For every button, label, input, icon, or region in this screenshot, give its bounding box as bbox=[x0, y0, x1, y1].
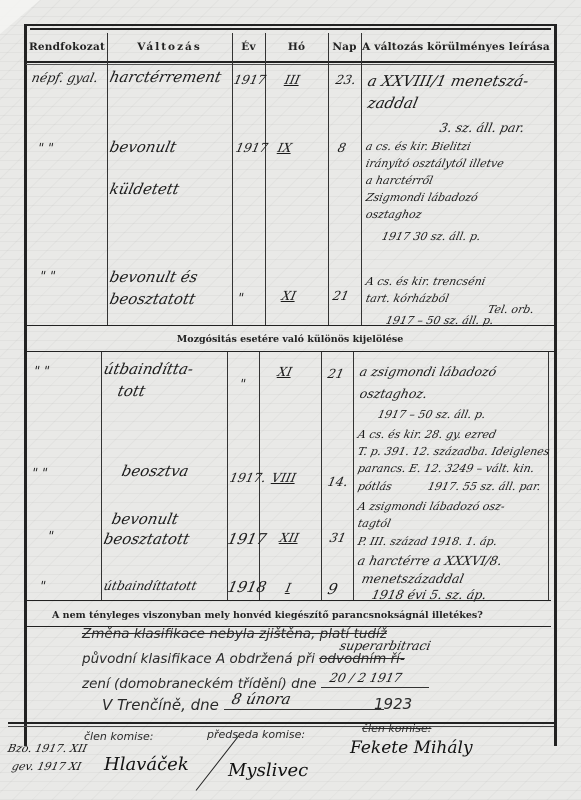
cell-description-line: T. p. 391. 12. századba. Ideiglenes bbox=[357, 445, 551, 458]
cell-year: 1917 bbox=[226, 530, 268, 548]
cell-description-line: A zsigmondi lábadozó osz- bbox=[357, 500, 506, 513]
cell-rank: " " bbox=[30, 465, 49, 480]
header-change: Változás bbox=[107, 33, 232, 61]
cell-description-line: 3. sz. áll. par. bbox=[438, 120, 525, 135]
cell-description-line: a cs. és kir. Bielitzi bbox=[365, 140, 472, 153]
header-year: Év bbox=[232, 33, 265, 61]
date-fill-line bbox=[224, 709, 384, 710]
cell-year: 1917. bbox=[228, 470, 267, 485]
cell-description-line: a harctérre a XXXVI/8. bbox=[356, 553, 503, 568]
top-rule bbox=[30, 28, 551, 30]
cell-month: XII bbox=[278, 530, 300, 545]
home-guard-question: A nem tényleges viszonyban mely honvéd k… bbox=[52, 610, 483, 621]
signature-label-member-right: člen komise: bbox=[362, 722, 431, 735]
cell-description-line: a harctérről bbox=[365, 174, 434, 187]
signature-chair: Myslivec bbox=[228, 760, 308, 781]
cell-description-line: irányító osztálytól illetve bbox=[365, 157, 505, 170]
cell-month: IX bbox=[276, 140, 293, 155]
col-divider bbox=[227, 352, 228, 600]
cell-change: bevonult és bbox=[108, 268, 199, 286]
cell-description-line: a zsigmondi lábadozó bbox=[358, 364, 498, 379]
cell-year: 1917 bbox=[232, 72, 267, 87]
cell-description-line: A cs. és kir. trencséni bbox=[365, 275, 487, 288]
signature-label-member-left: člen komise: bbox=[84, 730, 153, 743]
signature-member-left: Hlaváček bbox=[104, 754, 189, 775]
cell-description-line: tagtól bbox=[357, 517, 392, 530]
col-divider bbox=[353, 352, 354, 600]
cell-change: útbaindítta- bbox=[102, 360, 195, 378]
margin-note-line1: Bzo. 1917. XII bbox=[7, 742, 89, 755]
cell-rank: " " bbox=[36, 140, 55, 155]
cell-change: bevonult bbox=[110, 510, 180, 528]
header-month: Hó bbox=[265, 33, 328, 61]
header-rank: Rendfokozat bbox=[27, 33, 107, 61]
cell-description-line: 1917. 55 sz. áll. par. bbox=[427, 480, 542, 493]
place-text: V Trenčíně, dne bbox=[102, 696, 219, 714]
cell-month: XI bbox=[280, 288, 297, 303]
cell-description-line: 1918 évi 5. sz. áp. bbox=[370, 587, 488, 602]
classification-stamp-line2: původní klasifikace A obdržená při odvod… bbox=[82, 651, 405, 667]
cell-change: tott bbox=[116, 382, 147, 400]
cell-description-line: P. III. század 1918. 1. áp. bbox=[357, 535, 499, 548]
cell-month: III bbox=[283, 72, 301, 87]
cell-change: harctérrement bbox=[108, 68, 223, 86]
cell-description-line: pótlás bbox=[357, 480, 394, 493]
header-description: A változás körülményes leírása bbox=[361, 33, 551, 61]
cell-description-line: tart. kórházból bbox=[365, 292, 451, 305]
cell-change: beosztatott bbox=[108, 290, 197, 308]
cell-description-line: 1917 30 sz. áll. p. bbox=[381, 230, 482, 243]
cell-rank: népf. gyal. bbox=[30, 70, 99, 85]
cell-day: 14. bbox=[326, 474, 349, 489]
cell-description-line: a XXVIII/1 menetszá- bbox=[366, 72, 530, 90]
date-fill-line bbox=[321, 687, 429, 688]
col-divider bbox=[321, 352, 322, 600]
cell-description-line: parancs. E. 12. 3249 – vált. kin. bbox=[357, 462, 536, 475]
handwritten-superarbitration: superarbitraci bbox=[338, 638, 432, 653]
cell-day: 31 bbox=[328, 530, 347, 545]
col-divider bbox=[328, 33, 329, 325]
col-divider bbox=[101, 352, 102, 600]
col-divider bbox=[107, 33, 108, 325]
col-divider bbox=[232, 33, 233, 325]
place-year: 1923 bbox=[374, 695, 412, 713]
cell-description-line: 1917 – 50 sz. áll. p. bbox=[385, 314, 495, 327]
cell-change: beosztva bbox=[120, 462, 190, 480]
header-double-rule bbox=[26, 64, 554, 65]
cell-description-line: menetszázaddal bbox=[360, 571, 465, 586]
mobilization-title: Mozgósitás esetére való különös kijelölé… bbox=[26, 334, 554, 345]
cell-day: 21 bbox=[331, 288, 350, 303]
cell-rank: " " bbox=[38, 268, 57, 283]
cell-day: 21 bbox=[326, 366, 345, 381]
col-divider bbox=[548, 352, 549, 600]
cell-change: útbaindíttatott bbox=[102, 578, 198, 593]
cell-day: 23. bbox=[334, 72, 357, 87]
cell-description-line: 1917 – 50 sz. áll. p. bbox=[377, 408, 487, 421]
cell-year: 1917 bbox=[234, 140, 269, 155]
cell-change: bevonult bbox=[108, 138, 178, 156]
cell-description-line: Zsigmondi lábadozó bbox=[365, 191, 480, 204]
handwritten-day-month: 8 února bbox=[230, 690, 293, 708]
signature-member-right: Fekete Mihály bbox=[350, 738, 473, 758]
stamp-struck-text: odvodním ří- bbox=[319, 651, 405, 667]
stamp-text: původní klasifikace A obdržená při bbox=[82, 651, 315, 667]
handwritten-date: 20 / 2 1917 bbox=[328, 670, 403, 685]
section-divider bbox=[26, 351, 554, 352]
cell-month: VIII bbox=[270, 470, 297, 485]
header-bottom-rule bbox=[26, 61, 554, 63]
cell-rank: " " bbox=[32, 363, 51, 378]
cell-description-line: osztaghoz. bbox=[358, 386, 428, 401]
cell-year: 1918 bbox=[226, 578, 268, 596]
margin-note-line2: gev. 1917 XI bbox=[11, 760, 83, 773]
cell-month: XI bbox=[276, 364, 293, 379]
cell-change: beosztatott bbox=[102, 530, 191, 548]
signature-label-chair: předseda komise: bbox=[207, 728, 305, 741]
frame-bottom-rule-inner bbox=[8, 726, 554, 727]
cell-description-line: A cs. és kir. 28. gy. ezred bbox=[357, 428, 498, 441]
col-divider bbox=[361, 33, 362, 325]
document-page: Rendfokozat Változás Év Hó Nap A változá… bbox=[0, 0, 581, 800]
cell-description-line: zaddal bbox=[366, 94, 420, 112]
frame-bottom-rule bbox=[8, 722, 556, 724]
cell-description-line: osztaghoz bbox=[365, 208, 423, 221]
header-day: Nap bbox=[328, 33, 361, 61]
cell-change: küldetett bbox=[108, 180, 181, 198]
